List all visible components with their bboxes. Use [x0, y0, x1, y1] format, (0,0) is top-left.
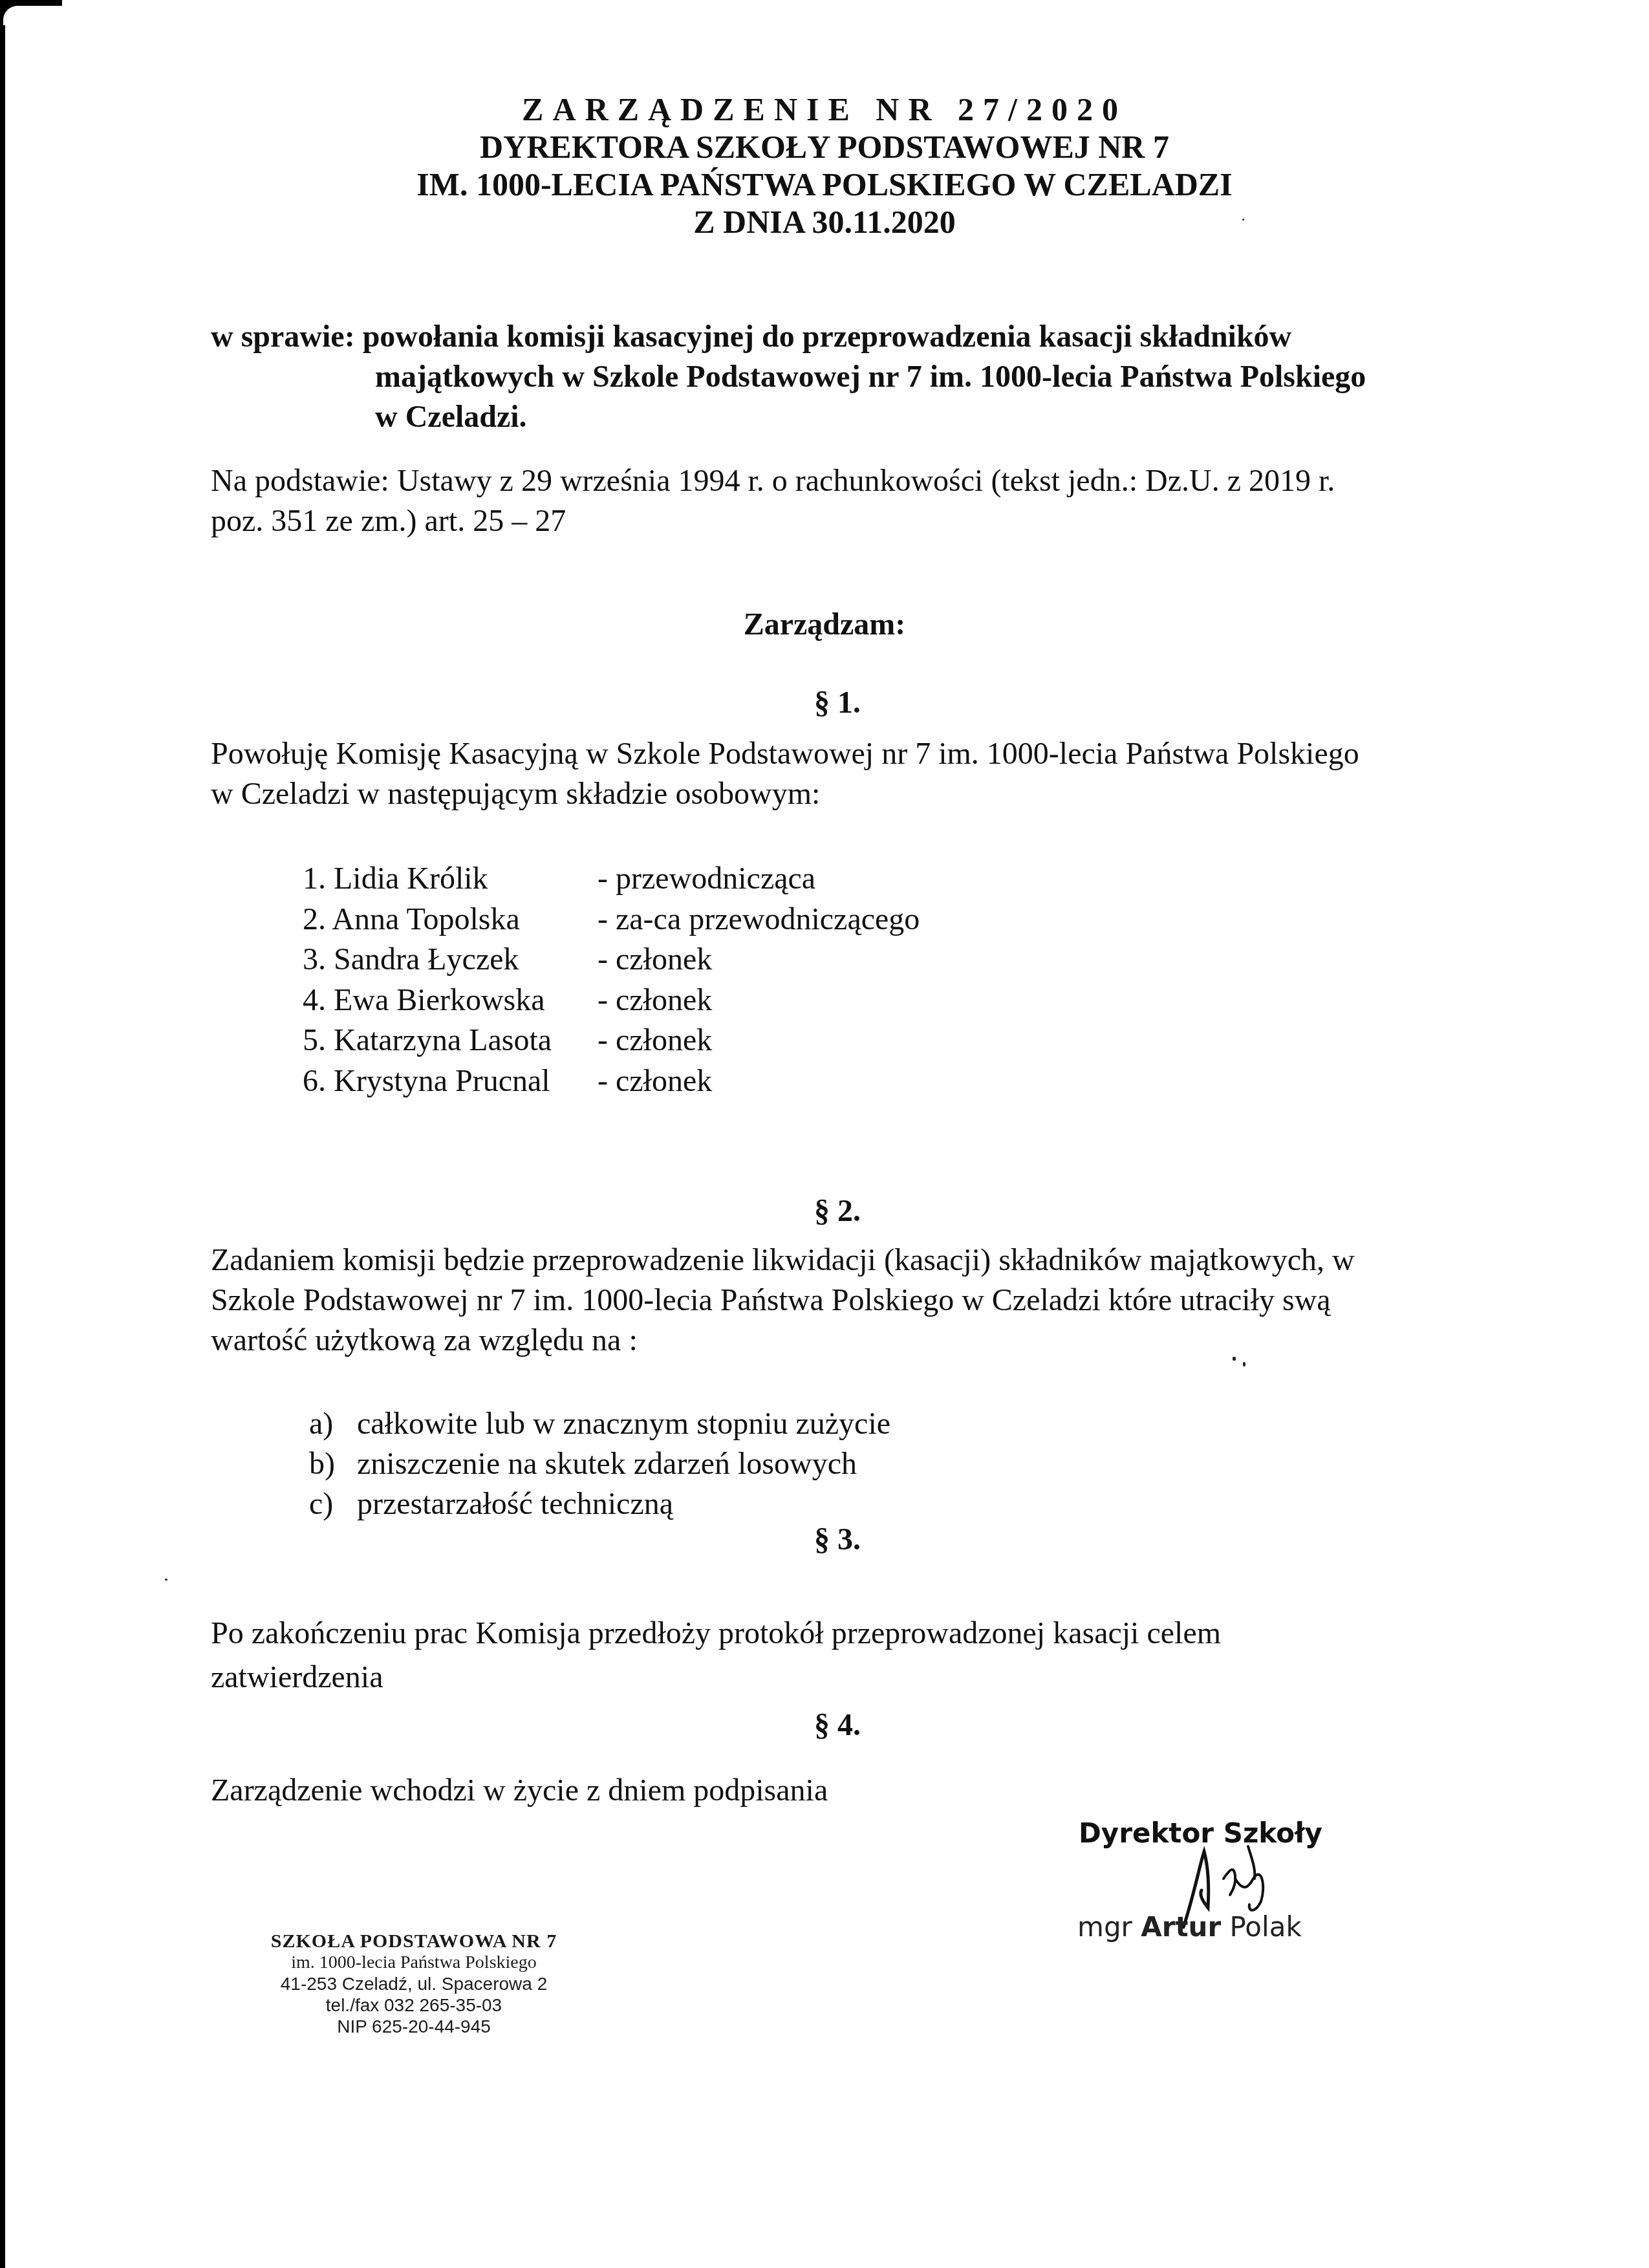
section-3-text: Po zakończeniu prac Komisja przedłoży pr… — [211, 1614, 1221, 1698]
list-item: 5. Katarzyna Lasota - członek — [303, 1021, 920, 1061]
section-1-line-1: Powołuję Komisję Kasacyjną w Szkole Pods… — [211, 734, 1452, 774]
subject-line-3: w Czeladzi. — [211, 397, 1366, 437]
signatory-prefix: mgr — [1077, 1911, 1132, 1943]
list-item: b) zniszczenie na skutek zdarzeń losowyc… — [309, 1444, 890, 1484]
stamp-line-5: NIP 625-20-44-945 — [233, 2016, 595, 2037]
member-role: - przewodnicząca — [598, 859, 815, 900]
document-title: ZARZĄDZENIE NR 27/2020 DYREKTORA SZKOŁY … — [0, 91, 1649, 241]
school-stamp: SZKOŁA PODSTAWOWA NR 7 im. 1000-lecia Pa… — [233, 1930, 595, 2037]
section-4-mark: § 4. — [0, 1707, 1649, 1743]
section-2-mark: § 2. — [0, 1193, 1649, 1229]
member-name: 3. Sandra Łyczek — [303, 940, 598, 980]
reason-text: zniszczenie na skutek zdarzeń losowych — [357, 1444, 857, 1484]
signatory-last-name: Polak — [1229, 1911, 1301, 1943]
list-item: a) całkowite lub w znacznym stopniu zuży… — [309, 1404, 890, 1444]
signatory-first-name: Artur — [1141, 1911, 1221, 1943]
section-2-text: Zadaniem komisji będzie przeprowadzenie … — [211, 1240, 1452, 1361]
signatory-name: mgr Artur Polak — [1077, 1908, 1302, 1947]
stamp-line-3: 41-253 Czeladź, ul. Spacerowa 2 — [233, 1973, 595, 1994]
section-1-mark: § 1. — [0, 685, 1649, 720]
list-item: 2. Anna Topolska - za-ca przewodnicząceg… — [303, 900, 920, 940]
section-3-mark: § 3. — [0, 1522, 1649, 1557]
subject-line-1: powołania komisji kasacyjnej do przeprow… — [363, 319, 1292, 354]
member-name: 4. Ewa Bierkowska — [303, 980, 598, 1021]
title-line-2: DYREKTORA SZKOŁY PODSTAWOWEJ NR 7 — [0, 128, 1649, 166]
stamp-line-4: tel./fax 032 265-35-03 — [233, 1994, 595, 2016]
scan-border-left — [0, 0, 5, 2268]
member-role: - członek — [598, 1021, 712, 1061]
reason-text: całkowite lub w znacznym stopniu zużycie — [357, 1404, 890, 1444]
title-line-4: Z DNIA 30.11.2020 — [0, 203, 1649, 241]
reason-text: przestarzałość techniczną — [357, 1484, 673, 1524]
legal-basis-line-2: poz. 351 ze zm.) art. 25 – 27 — [211, 501, 1335, 541]
subject-block: w sprawie: powołania komisji kasacyjnej … — [211, 317, 1366, 437]
section-1-line-2: w Czeladzi w następującym składzie osobo… — [211, 774, 1452, 814]
section-3-line-2: zatwierdzenia — [211, 1658, 1221, 1698]
section-2-line-3: wartość użytkową za względu na : — [211, 1321, 1452, 1361]
section-3-line-1: Po zakończeniu prac Komisja przedłoży pr… — [211, 1614, 1221, 1654]
subject-label: w sprawie: — [211, 319, 355, 354]
member-name: 1. Lidia Królik — [303, 859, 598, 900]
title-line-3: IM. 1000-LECIA PAŃSTWA POLSKIEGO W CZELA… — [0, 166, 1649, 203]
member-name: 2. Anna Topolska — [303, 900, 598, 940]
decree-heading: Zarządzam: — [0, 607, 1649, 642]
list-item: 6. Krystyna Prucnal - członek — [303, 1061, 920, 1102]
section-2-line-1: Zadaniem komisji będzie przeprowadzenie … — [211, 1240, 1452, 1280]
member-name: 5. Katarzyna Lasota — [303, 1021, 598, 1061]
section-1-text: Powołuję Komisję Kasacyjną w Szkole Pods… — [211, 734, 1452, 814]
reason-letter: a) — [309, 1404, 357, 1444]
list-item: c) przestarzałość techniczną — [309, 1484, 890, 1524]
section-4-text: Zarządzenie wchodzi w życie z dniem podp… — [211, 1771, 828, 1811]
scan-speck — [1243, 1362, 1245, 1366]
title-line-1: ZARZĄDZENIE NR 27/2020 — [0, 91, 1649, 128]
list-item: 3. Sandra Łyczek - członek — [303, 940, 920, 980]
member-role: - członek — [598, 980, 712, 1021]
scan-corner — [0, 0, 17, 17]
list-item: 4. Ewa Bierkowska - członek — [303, 980, 920, 1021]
reason-list: a) całkowite lub w znacznym stopniu zuży… — [309, 1404, 890, 1524]
scan-speck — [165, 1579, 167, 1581]
committee-member-list: 1. Lidia Królik - przewodnicząca 2. Anna… — [303, 859, 920, 1101]
subject-line-2: majątkowych w Szkole Podstawowej nr 7 im… — [211, 357, 1366, 397]
stamp-line-2: im. 1000-lecia Państwa Polskiego — [233, 1952, 595, 1973]
legal-basis-line-1: Na podstawie: Ustawy z 29 września 1994 … — [211, 461, 1335, 501]
member-role: - członek — [598, 940, 712, 980]
reason-letter: c) — [309, 1484, 357, 1524]
member-role: - za-ca przewodniczącego — [598, 900, 920, 940]
reason-letter: b) — [309, 1444, 357, 1484]
list-item: 1. Lidia Królik - przewodnicząca — [303, 859, 920, 900]
section-2-line-2: Szkole Podstawowej nr 7 im. 1000-lecia P… — [211, 1280, 1452, 1321]
stamp-line-1: SZKOŁA PODSTAWOWA NR 7 — [233, 1930, 595, 1952]
member-role: - członek — [598, 1061, 712, 1102]
legal-basis: Na podstawie: Ustawy z 29 września 1994 … — [211, 461, 1335, 541]
member-name: 6. Krystyna Prucnal — [303, 1061, 598, 1102]
